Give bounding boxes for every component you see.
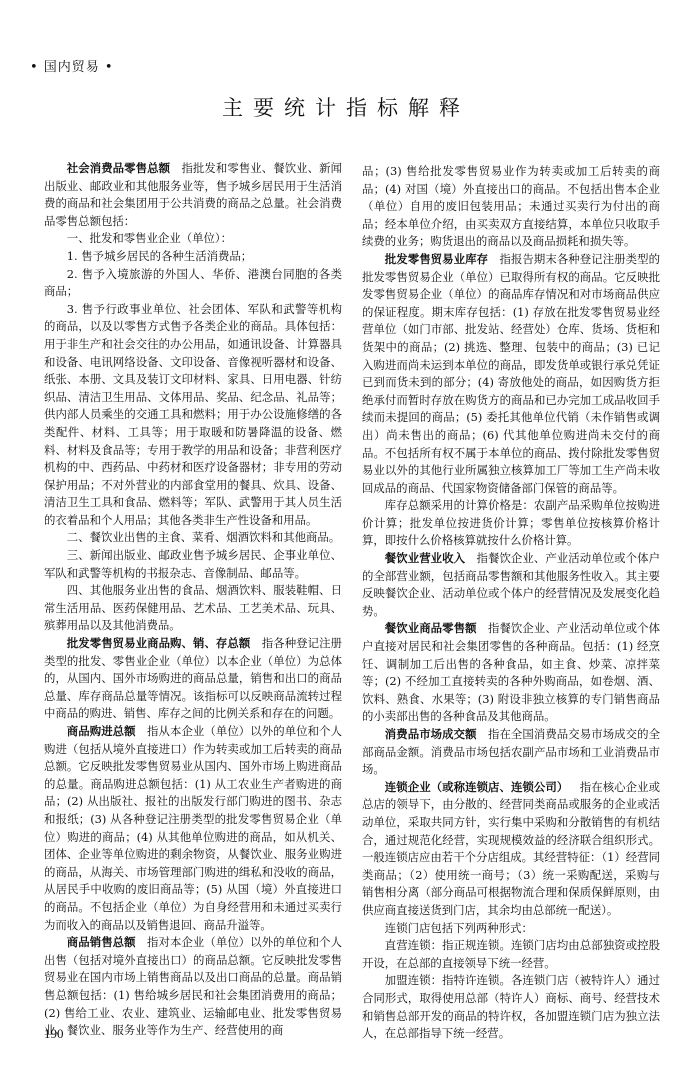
- paragraph: 库存总额采用的计算价格是：农副产品采购单位按购进价计算；批发单位按进货价计算；零…: [362, 497, 660, 550]
- paragraph: 1. 售予城乡居民的各种生活消费品；: [44, 248, 342, 266]
- paragraph: 二、餐饮业出售的主食、菜肴、烟酒饮料和其他商品。: [44, 529, 342, 547]
- right-column: 品；(3) 售给批发零售贸易业作为转卖或加工后转卖的商品；(4) 对国（境）外直…: [362, 163, 660, 1043]
- paragraph-text: 指对本企业（单位）以外的单位和个人出售（包括对境外直接出口）的商品总额。它反映批…: [44, 935, 342, 1037]
- term-heading: 餐饮业商品零售额: [385, 621, 477, 635]
- paragraph: 连锁企业（或称连锁店、连锁公司）指在核心企业或总店的领导下，由分散的、经营同类商…: [362, 779, 660, 920]
- paragraph: 品；(3) 售给批发零售贸易业作为转卖或加工后转卖的商品；(4) 对国（境）外直…: [362, 163, 660, 251]
- term-heading: 批发零售贸易业库存: [385, 252, 488, 266]
- term-heading: 商品销售总额: [67, 935, 136, 949]
- paragraph: 三、新闻出版业、邮政业售予城乡居民、企事业单位、军队和武警等机构的书报杂志、音像…: [44, 547, 342, 582]
- paragraph: 批发零售贸易业商品购、销、存总额指各种登记注册类型的批发、零售业企业（单位）以本…: [44, 635, 342, 723]
- term-heading: 连锁企业（或称连锁店、连锁公司）: [385, 780, 569, 794]
- term-heading: 餐饮业营业收入: [385, 551, 465, 565]
- paragraph-text: 指在核心企业或总店的领导下，由分散的、经营同类商品或服务的企业或活动单位，采取共…: [362, 780, 660, 917]
- page-number: 190: [44, 1026, 64, 1042]
- paragraph: 消费品市场成交额指在全国消费品交易市场成交的全部商品金额。消费品市场包括农副产品…: [362, 726, 660, 779]
- paragraph-text: 指报告期末各种登记注册类型的批发零售贸易企业（单位）已取得所有权的商品。它反映批…: [362, 252, 660, 495]
- paragraph-text: 指餐饮企业、产业活动单位或个体户直接对居民和社会集团零售的各种商品。包括：(1)…: [362, 621, 660, 723]
- paragraph: 社会消费品零售总额指批发和零售业、餐饮业、新闻出版业、邮政业和其他服务业等，售予…: [44, 160, 342, 230]
- paragraph: 连锁门店包括下列两种形式：: [362, 920, 660, 938]
- paragraph: 2. 售予入境旅游的外国人、华侨、港澳台同胞的各类商品；: [44, 266, 342, 301]
- paragraph: 批发零售贸易业库存指报告期末各种登记注册类型的批发零售贸易企业（单位）已取得所有…: [362, 251, 660, 497]
- left-column: 社会消费品零售总额指批发和零售业、餐饮业、新闻出版业、邮政业和其他服务业等，售予…: [44, 160, 342, 1040]
- page-title: 主要统计指标解释: [0, 92, 692, 122]
- paragraph: 商品购进总额指从本企业（单位）以外的单位和个人购进（包括从境外直接进口）作为转卖…: [44, 723, 342, 934]
- section-tag: • 国内贸易 •: [30, 56, 114, 75]
- term-heading: 商品购进总额: [67, 724, 136, 738]
- paragraph: 加盟连锁：指特许连锁。各连锁门店（被特许人）通过合同形式，取得使用总部（特许人）…: [362, 972, 660, 1042]
- paragraph: 直营连锁：指正规连锁。连锁门店均由总部独资或控股开设，在总部的直接领导下统一经营…: [362, 937, 660, 972]
- term-heading: 社会消费品零售总额: [67, 161, 170, 175]
- paragraph: 3. 售予行政事业单位、社会团体、军队和武警等机构的商品，以及以零售方式售予各类…: [44, 301, 342, 530]
- paragraph: 餐饮业营业收入指餐饮企业、产业活动单位或个体户的全部营业额，包括商品零售额和其他…: [362, 550, 660, 620]
- paragraph: 商品销售总额指对本企业（单位）以外的单位和个人出售（包括对境外直接出口）的商品总…: [44, 934, 342, 1040]
- paragraph-text: 指从本企业（单位）以外的单位和个人购进（包括从境外直接进口）作为转卖或加工后转卖…: [44, 724, 342, 932]
- paragraph: 一、批发和零售业企业（单位）：: [44, 230, 342, 248]
- paragraph: 四、其他服务业出售的食品、烟酒饮料、服装鞋帽、日常生活用品、医药保健用品、艺术品…: [44, 582, 342, 635]
- term-heading: 消费品市场成交额: [385, 727, 477, 741]
- term-heading: 批发零售贸易业商品购、销、存总额: [67, 636, 251, 650]
- paragraph: 餐饮业商品零售额指餐饮企业、产业活动单位或个体户直接对居民和社会集团零售的各种商…: [362, 620, 660, 726]
